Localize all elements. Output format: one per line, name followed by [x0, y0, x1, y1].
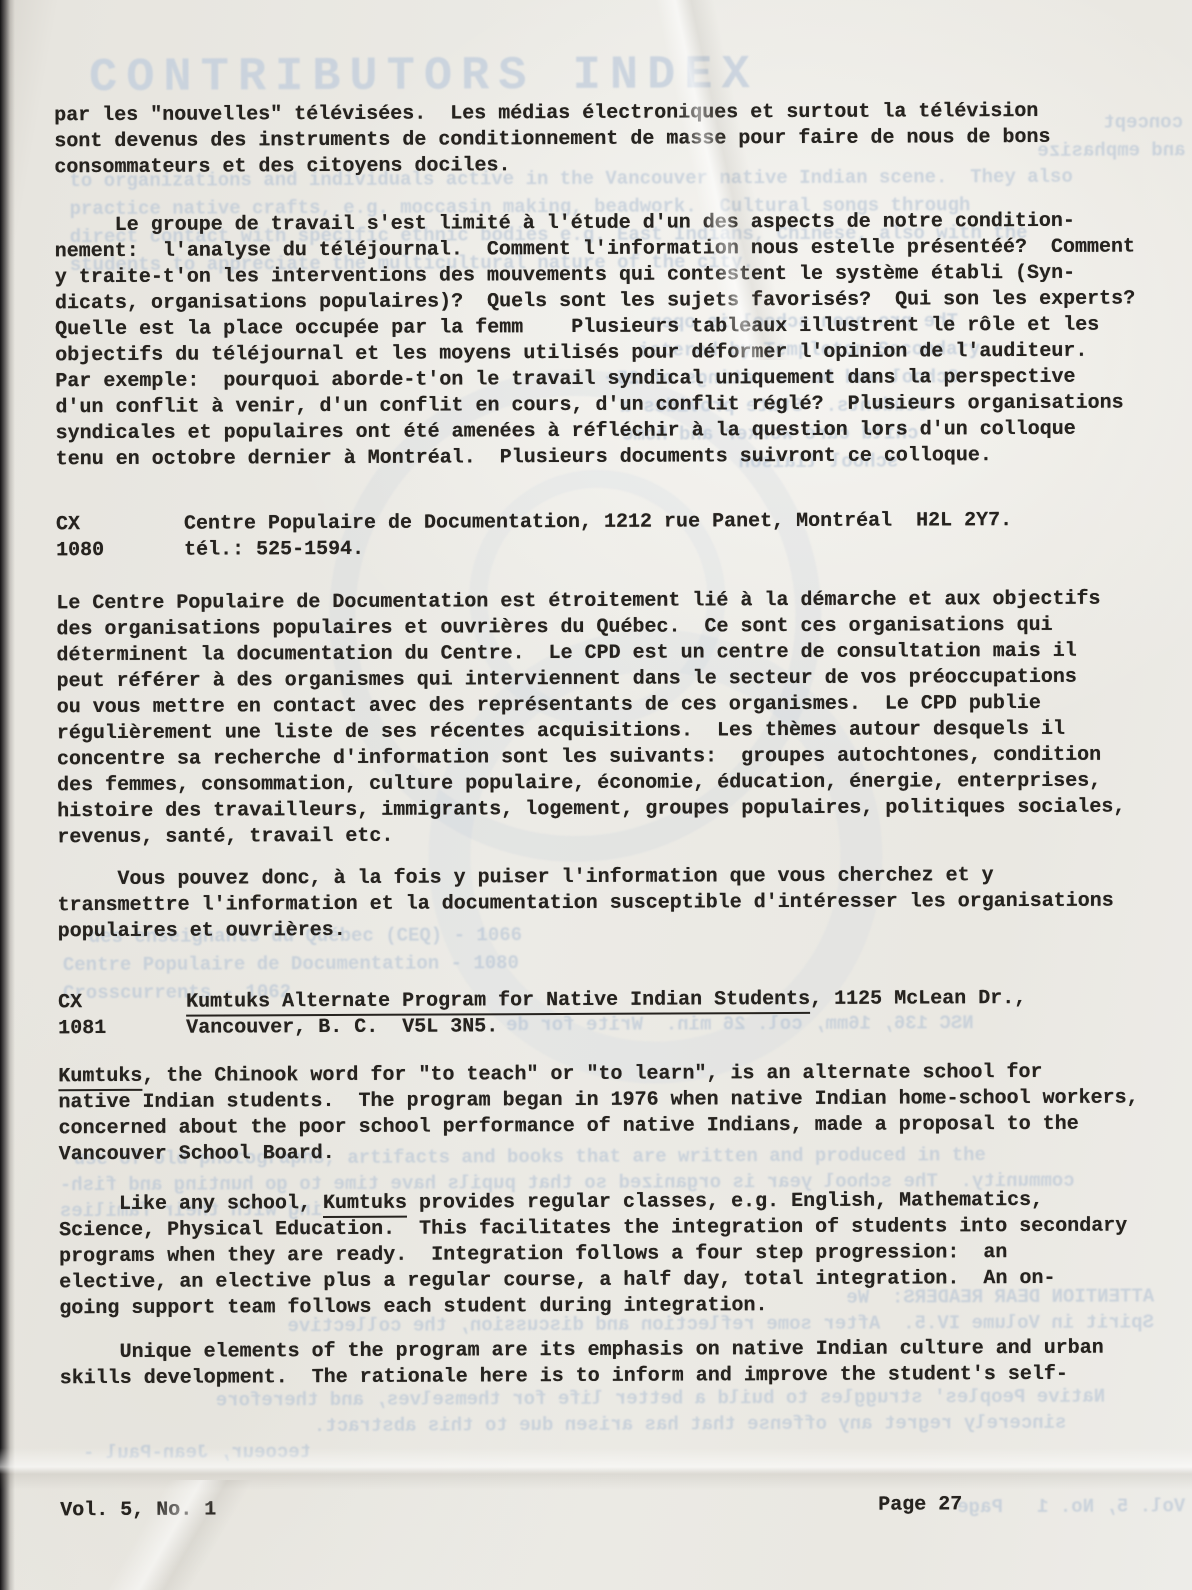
paragraph-unique-elements: Unique elements of the program are its e…	[60, 1336, 1104, 1393]
kumtuks-underlined: Kumtuks	[58, 1065, 142, 1091]
entry-address-line: Vancouver, B. C. V5L 3N5.	[186, 1012, 1026, 1042]
text-line: concerned about the poor school performa…	[59, 1111, 1139, 1142]
kumtuks-underlined: Kumtuks	[323, 1192, 407, 1218]
entry-title-rest: , 1125 McLean Dr.,	[810, 987, 1026, 1011]
entry-code: CX	[58, 990, 106, 1016]
text-line: histoire des travailleurs, immigrants, l…	[57, 795, 1125, 826]
entry-title-underlined: Kumtuks Alternate Program for Native Ind…	[186, 988, 810, 1017]
footer-volume: Vol. 5, No. 1	[60, 1498, 216, 1525]
entry-code: CX	[56, 512, 104, 538]
text-line: tenu en octobre dernier à Montréal. Plus…	[56, 442, 1136, 473]
text-line: elective, an elective plus a regular cou…	[59, 1266, 1127, 1297]
text-line: going support team follows each student …	[59, 1292, 1127, 1323]
entry-id-column: CX 1080	[56, 512, 104, 564]
entry-text-column: Kumtuks Alternate Program for Native Ind…	[186, 986, 1026, 1042]
text-segment: , the Chinook word for "to teach" or "to…	[142, 1061, 1042, 1088]
entry-phone-line: tél.: 525-1594.	[184, 534, 1012, 564]
paragraph-groupe-de-travail: Le groupe de travail s'est limité à l'ét…	[55, 208, 1136, 473]
entry-id-column: CX 1081	[58, 990, 106, 1042]
text-line: skills development. The rationale here i…	[60, 1362, 1104, 1393]
text-line: consommateurs et des citoyens dociles.	[54, 151, 1050, 181]
entry-cx-1081: CX 1081 Kumtuks Alternate Program for Na…	[58, 985, 1168, 1042]
paragraph-cpd-description: Le Centre Populaire de Documentation est…	[56, 587, 1125, 852]
text-segment: provides regular classes, e.g. English, …	[407, 1189, 1043, 1215]
entry-text-column: Centre Populaire de Documentation, 1212 …	[184, 508, 1012, 564]
entry-address-line: Centre Populaire de Documentation, 1212 …	[184, 508, 1012, 538]
text-segment: Like any school,	[59, 1192, 323, 1216]
text-line: populaires et ouvrières.	[58, 915, 1114, 946]
paragraph-kumtuks-intro: Kumtuks, the Chinook word for "to teach"…	[58, 1059, 1139, 1168]
entry-number: 1080	[56, 538, 104, 564]
paragraph-french-intro: par les "nouvelles" télévisées. Les médi…	[54, 99, 1051, 181]
scan-gutter-shadow	[0, 0, 15, 1590]
entry-title-line: Kumtuks Alternate Program for Native Ind…	[186, 986, 1026, 1016]
text-line: transmettre l'information et la document…	[58, 889, 1114, 920]
text-line: Vancouver School Board.	[59, 1137, 1139, 1168]
footer-page-number: Page 27	[878, 1492, 962, 1518]
scanned-page: CONTRIBUTORS INDEX concept and emphasize…	[0, 0, 1192, 1590]
text-line: revenus, santé, travail etc.	[57, 821, 1125, 852]
paragraph-kumtuks-classes: Like any school, Kumtuks provides regula…	[59, 1188, 1128, 1323]
entry-cx-1080: CX 1080 Centre Populaire de Documentatio…	[56, 507, 1166, 564]
paragraph-vous-pouvez: Vous pouvez donc, à la fois y puiser l'i…	[57, 863, 1114, 946]
entry-number: 1081	[58, 1016, 106, 1042]
text-line: sont devenus des instruments de conditio…	[54, 125, 1050, 155]
scanned-page-content: par les "nouvelles" télévisées. Les médi…	[0, 0, 1192, 1590]
